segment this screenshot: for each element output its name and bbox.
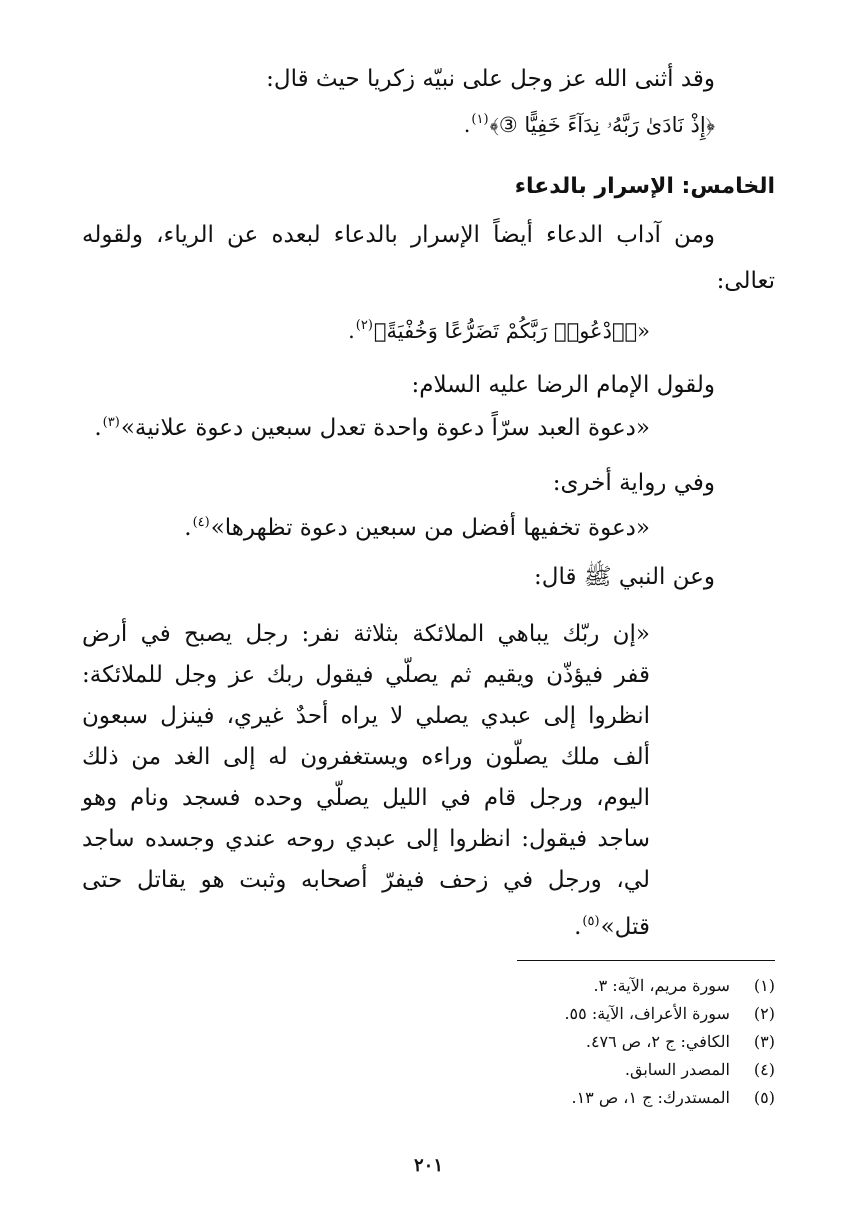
footnote-3: (٣) الكافي: ج ٢، ص ٤٧٦. bbox=[564, 1028, 775, 1056]
verse-2-end: . bbox=[348, 319, 355, 343]
other-narration-quote-text: «دعوة تخفيها أفضل من سبعين دعوة تظهرها» bbox=[211, 515, 650, 541]
footnote-text: المستدرك: ج ١، ص ١٣. bbox=[571, 1088, 729, 1107]
footnotes-list: (١) سورة مريم، الآية: ٣. (٢) سورة الأعرا… bbox=[564, 972, 775, 1112]
other-narration-quote: «دعوة تخفيها أفضل من سبعين دعوة تظهرها»(… bbox=[184, 508, 650, 543]
other-narration-intro: وفي رواية أخرى: bbox=[553, 468, 715, 498]
para-1-line-1-text: ومن آداب الدعاء أيضاً الإسرار بالدعاء لب… bbox=[82, 222, 715, 248]
verse-2: «﴿ٱدْعُوا۟ رَبَّكُمْ تَضَرُّعًا وَخُفْيَ… bbox=[348, 311, 650, 346]
footnote-ref-4[interactable]: (٤) bbox=[193, 515, 210, 530]
rida-quote: «دعوة العبد سرّاً دعوة واحدة تعدل سبعين … bbox=[94, 408, 650, 443]
footnote-text: المصدر السابق. bbox=[625, 1060, 730, 1079]
intro-text: وقد أثنى الله عز وجل على نبيّه زكريا حيث… bbox=[266, 66, 715, 92]
hadith-line: «إن ربّك يباهي الملائكة بثلاثة نفر: رجل … bbox=[82, 614, 650, 655]
verse-1-text: ﴿إِذْ نَادَىٰ رَبَّهُۥ نِدَآءً خَفِيًّا … bbox=[490, 113, 715, 137]
footnote-1: (١) سورة مريم، الآية: ٣. bbox=[564, 972, 775, 1000]
footnote-5: (٥) المستدرك: ج ١، ص ١٣. bbox=[564, 1084, 775, 1112]
hadith-line: ألف ملك يصلّون وراءه ويستغفرون له إلى ال… bbox=[82, 737, 650, 778]
footnote-number: (٣) bbox=[735, 1028, 775, 1056]
rida-intro-text: ولقول الإمام الرضا عليه السلام: bbox=[411, 372, 715, 398]
hadith-last-line: قتل»(٥). bbox=[82, 901, 650, 942]
para-1-line-2: تعالى: bbox=[717, 266, 775, 296]
other-narration-quote-end: . bbox=[184, 515, 191, 541]
footnote-number: (٥) bbox=[735, 1084, 775, 1112]
heading-text: الخامس: الإسرار بالدعاء bbox=[515, 174, 775, 199]
hadith-line: قفر فيؤذّن ويقيم ثم يصلّي فيقول ربك عز و… bbox=[82, 655, 650, 696]
footnote-text: سورة الأعراف، الآية: ٥٥. bbox=[564, 1004, 729, 1023]
prophet-intro-text: وعن النبي ﷺ قال: bbox=[534, 564, 715, 590]
other-narration-intro-text: وفي رواية أخرى: bbox=[553, 470, 715, 496]
footnote-text: سورة مريم، الآية: ٣. bbox=[594, 976, 730, 995]
rida-quote-text: «دعوة العبد سرّاً دعوة واحدة تعدل سبعين … bbox=[121, 415, 650, 441]
page-number: ٢٠١ bbox=[82, 1155, 775, 1176]
verse-2-text: «﴿ٱدْعُوا۟ رَبَّكُمْ تَضَرُّعًا وَخُفْيَ… bbox=[374, 319, 650, 343]
verse-1-end: . bbox=[464, 113, 471, 137]
para-1-line-2-text: تعالى: bbox=[717, 268, 775, 294]
hadith-line: اليوم، ورجل قام في الليل يصلّي وحده فسجد… bbox=[82, 778, 650, 819]
rida-intro: ولقول الإمام الرضا عليه السلام: bbox=[411, 370, 715, 400]
hadith-last-text: قتل» bbox=[601, 914, 650, 940]
hadith-block: «إن ربّك يباهي الملائكة بثلاثة نفر: رجل … bbox=[82, 614, 650, 942]
footnote-4: (٤) المصدر السابق. bbox=[564, 1056, 775, 1084]
hadith-line: انظروا إلى عبدي يصلي لا يراه أحدٌ غيري، … bbox=[82, 696, 650, 737]
prophet-intro: وعن النبي ﷺ قال: bbox=[534, 562, 715, 592]
hadith-line: ساجد فيقول: انظروا إلى عبدي روحه عندي وج… bbox=[82, 819, 650, 860]
intro-line: وقد أثنى الله عز وجل على نبيّه زكريا حيث… bbox=[266, 64, 715, 94]
footnote-ref-3[interactable]: (٣) bbox=[103, 415, 120, 430]
footnote-number: (٤) bbox=[735, 1056, 775, 1084]
footnote-number: (٢) bbox=[735, 1000, 775, 1028]
footnote-2: (٢) سورة الأعراف، الآية: ٥٥. bbox=[564, 1000, 775, 1028]
footnote-number: (١) bbox=[735, 972, 775, 1000]
footnote-text: الكافي: ج ٢، ص ٤٧٦. bbox=[586, 1032, 730, 1051]
verse-1: ﴿إِذْ نَادَىٰ رَبَّهُۥ نِدَآءً خَفِيًّا … bbox=[464, 105, 715, 140]
hadith-line: لي، ورجل في زحف فيفرّ أصحابه وثبت هو يقا… bbox=[82, 860, 650, 901]
footnote-separator bbox=[517, 960, 775, 961]
footnote-ref-5[interactable]: (٥) bbox=[582, 914, 599, 929]
rida-quote-end: . bbox=[94, 415, 101, 441]
section-heading: الخامس: الإسرار بالدعاء bbox=[515, 172, 775, 202]
para-1-line-1: ومن آداب الدعاء أيضاً الإسرار بالدعاء لب… bbox=[82, 220, 775, 250]
footnote-ref-2[interactable]: (٢) bbox=[356, 318, 373, 333]
footnote-ref-1[interactable]: (١) bbox=[471, 112, 488, 127]
hadith-last-end: . bbox=[574, 914, 581, 940]
book-page: وقد أثنى الله عز وجل على نبيّه زكريا حيث… bbox=[82, 0, 775, 1219]
